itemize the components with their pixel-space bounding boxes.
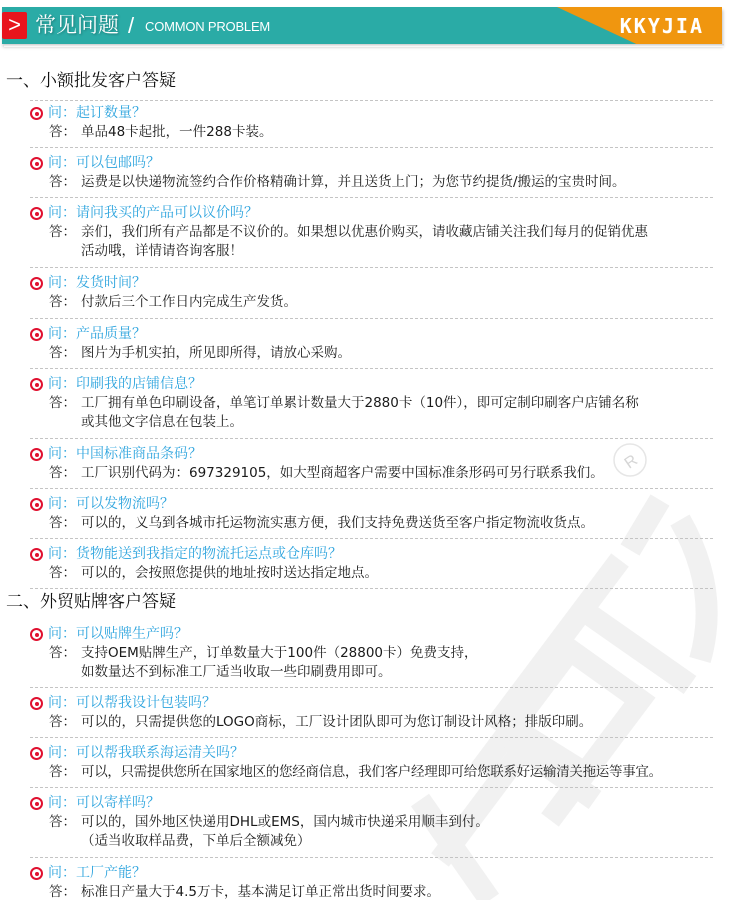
faq-item: 问：起订数量？ 答：单品48卡起批，一件288卡装。 [30,104,713,148]
answer-text: 如数量达不到标准工厂适当收取一些印刷费用即可。 [81,663,709,682]
answer-text: 工厂拥有单色印刷设备，单笔订单累计数量大于2880卡（10件），即可定制印刷客户… [81,394,709,413]
question-text: 问：货物能送到我指定的物流托运点或仓库吗？ [48,545,342,564]
faq-item: 问：货物能送到我指定的物流托运点或仓库吗？ 答：可以的，会按照您提供的地址按时送… [30,545,713,589]
answer-label: 答： [30,514,81,533]
question-text: 问：中国标准商品条码？ [48,445,202,464]
faq-item: 问：可以贴牌生产吗？ 答：支持OEM贴牌生产，订单数量大于100件（28800卡… [30,625,713,688]
answer-text: 单品48卡起批，一件288卡装。 [81,123,709,142]
section-title-oem: 二、外贸贴牌客户答疑 [6,591,176,613]
target-bullet-icon [30,448,43,461]
divider [30,687,713,688]
faq-item: 问：可以帮我联系海运清关吗？ 答：可以，只需提供您所在国家地区的您经商信息，我们… [30,744,713,788]
faq-item: 问：发货时间？ 答：付款后三个工作日内完成生产发货。 [30,274,713,319]
page-title: 常见问题 [35,12,119,39]
target-bullet-icon [30,157,43,170]
divider [30,857,713,858]
target-bullet-icon [30,697,43,710]
answer-label: 答： [30,344,81,363]
question-text: 问：请问我买的产品可以议价吗？ [48,204,258,223]
target-bullet-icon [30,378,43,391]
divider [30,438,713,439]
target-bullet-icon [30,107,43,120]
target-bullet-icon [30,747,43,760]
faq-item: 问：工厂产能？ 答：标准日产量大于4.5万卡，基本满足订单正常出货时间要求。 [30,864,713,900]
chevron-right-icon: > [2,12,27,39]
divider [30,787,713,788]
divider [30,100,713,101]
target-bullet-icon [30,797,43,810]
answer-label: 答： [30,763,81,782]
title-divider: / [128,12,134,39]
question-text: 问：发货时间？ [48,274,146,293]
question-text: 问：工厂产能？ [48,864,146,883]
target-bullet-icon [30,548,43,561]
question-text: 问：产品质量？ [48,325,146,344]
faq-item: 问：产品质量？ 答：图片为手机实拍，所见即所得，请放心采购。 [30,325,713,369]
answer-label: 答： [30,813,81,851]
answer-text: 可以的，义乌到各城市托运物流实惠方便，我们支持免费送货至客户指定物流收货点。 [81,514,709,533]
faq-list-wholesale: 问：起订数量？ 答：单品48卡起批，一件288卡装。 问：可以包邮吗？ 答：运费… [30,100,713,589]
answer-label: 答： [30,123,81,142]
divider [30,197,713,198]
question-text: 问：起订数量？ [48,104,146,123]
divider [30,368,713,369]
answer-text: 可以，只需提供您所在国家地区的您经商信息，我们客户经理即可给您联系好运输清关拖运… [81,763,709,782]
answer-label: 答： [30,644,81,682]
answer-label: 答： [30,883,81,900]
answer-text: 亲们，我们所有产品都是不议价的。如果想以优惠价购买，请收藏店铺关注我们每月的促销… [81,223,709,242]
divider [30,318,713,319]
answer-text: 标准日产量大于4.5万卡，基本满足订单正常出货时间要求。 [81,883,709,900]
brand-logo: KKYJIA [620,14,704,38]
answer-text: 活动哦，详情请咨询客服！ [81,242,709,261]
answer-label: 答： [30,223,81,261]
answer-text: 运费是以快递物流签约合作价格精确计算，并且送货上门；为您节约提货/搬运的宝贵时间… [81,173,709,192]
divider [30,538,713,539]
question-text: 问：可以贴牌生产吗？ [48,625,188,644]
answer-text: 可以的，只需提供您的LOGO商标，工厂设计团队即可为您订制设计风格；排版印刷。 [81,713,709,732]
answer-text: （适当收取样品费，下单后全额减免） [81,832,709,851]
answer-label: 答： [30,394,81,432]
header-shadow [4,44,724,47]
answer-text: 付款后三个工作日内完成生产发货。 [81,293,709,312]
target-bullet-icon [30,628,43,641]
faq-item: 问：可以发物流吗？ 答：可以的，义乌到各城市托运物流实惠方便，我们支持免费送货至… [30,495,713,539]
answer-text: 支持OEM贴牌生产，订单数量大于100件（28800卡）免费支持， [81,644,709,663]
section-title-wholesale: 一、小额批发客户答疑 [6,70,176,92]
answer-text: 可以的，国外地区快递用DHL或EMS，国内城市快递采用顺丰到付。 [81,813,709,832]
divider [30,267,713,268]
question-text: 问：可以发物流吗？ [48,495,174,514]
answer-label: 答： [30,564,81,583]
faq-item: 问：中国标准商品条码？ 答：工厂识别代码为：697329105，如大型商超客户需… [30,445,713,489]
answer-label: 答： [30,464,81,483]
page-subtitle: COMMON PROBLEM [145,18,270,36]
page-header-banner: > 常见问题 / COMMON PROBLEM KKYJIA [2,7,722,44]
target-bullet-icon [30,207,43,220]
divider [30,147,713,148]
faq-item: 问：印刷我的店铺信息？ 答：工厂拥有单色印刷设备，单笔订单累计数量大于2880卡… [30,375,713,439]
target-bullet-icon [30,277,43,290]
question-text: 问：可以帮我联系海运清关吗？ [48,744,244,763]
question-text: 问：印刷我的店铺信息？ [48,375,202,394]
faq-item: 问：可以包邮吗？ 答：运费是以快递物流签约合作价格精确计算，并且送货上门；为您节… [30,154,713,198]
target-bullet-icon [30,328,43,341]
answer-text: 可以的，会按照您提供的地址按时送达指定地点。 [81,564,709,583]
answer-label: 答： [30,293,81,312]
divider [30,588,713,589]
question-text: 问：可以帮我设计包装吗？ [48,694,216,713]
divider [30,488,713,489]
question-text: 问：可以寄样吗？ [48,794,160,813]
faq-item: 问：可以寄样吗？ 答：可以的，国外地区快递用DHL或EMS，国内城市快递采用顺丰… [30,794,713,858]
answer-text: 图片为手机实拍，所见即所得，请放心采购。 [81,344,709,363]
faq-item: 问：请问我买的产品可以议价吗？ 答：亲们，我们所有产品都是不议价的。如果想以优惠… [30,204,713,268]
target-bullet-icon [30,867,43,880]
faq-item: 问：可以帮我设计包装吗？ 答：可以的，只需提供您的LOGO商标，工厂设计团队即可… [30,694,713,738]
question-text: 问：可以包邮吗？ [48,154,160,173]
target-bullet-icon [30,498,43,511]
faq-list-oem: 问：可以贴牌生产吗？ 答：支持OEM贴牌生产，订单数量大于100件（28800卡… [30,622,713,900]
answer-text: 工厂识别代码为：697329105，如大型商超客户需要中国标准条形码可另行联系我… [81,464,709,483]
answer-label: 答： [30,173,81,192]
answer-label: 答： [30,713,81,732]
answer-text: 或其他文字信息在包装上。 [81,413,709,432]
divider [30,737,713,738]
